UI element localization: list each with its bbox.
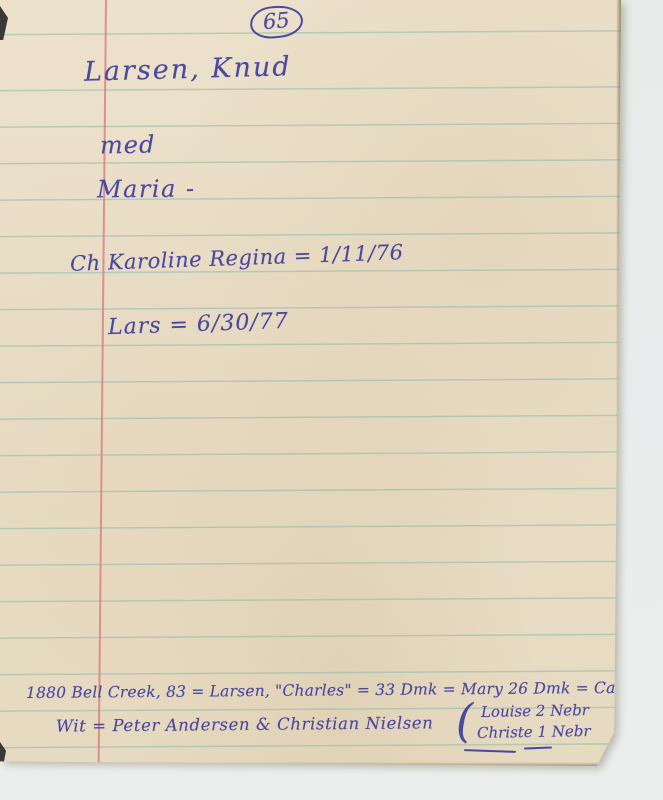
handwriting-spouse-connector: med <box>100 131 156 160</box>
bracket-mark: ( <box>456 695 473 749</box>
page-edge-bottom <box>0 762 621 766</box>
scan-background: 65 Larsen, Knud med Maria - Ch Karoline … <box>0 0 663 800</box>
notebook-page: 65 Larsen, Knud med Maria - Ch Karoline … <box>0 0 621 766</box>
handwriting-surname: Larsen, Knud <box>84 51 292 87</box>
handwriting-bracket-item-louise: Louise 2 Nebr <box>481 701 589 721</box>
notebook-paper: 65 Larsen, Knud med Maria - Ch Karoline … <box>0 0 621 766</box>
handwriting-spouse-name: Maria - <box>97 175 196 204</box>
ruled-lines <box>0 0 633 778</box>
handwriting-bracket-item-christe: Christe 1 Nebr <box>477 722 591 742</box>
page-edge-right <box>616 0 621 766</box>
handwriting-witness-note: Wit = Peter Andersen & Christian Nielsen <box>56 713 434 735</box>
